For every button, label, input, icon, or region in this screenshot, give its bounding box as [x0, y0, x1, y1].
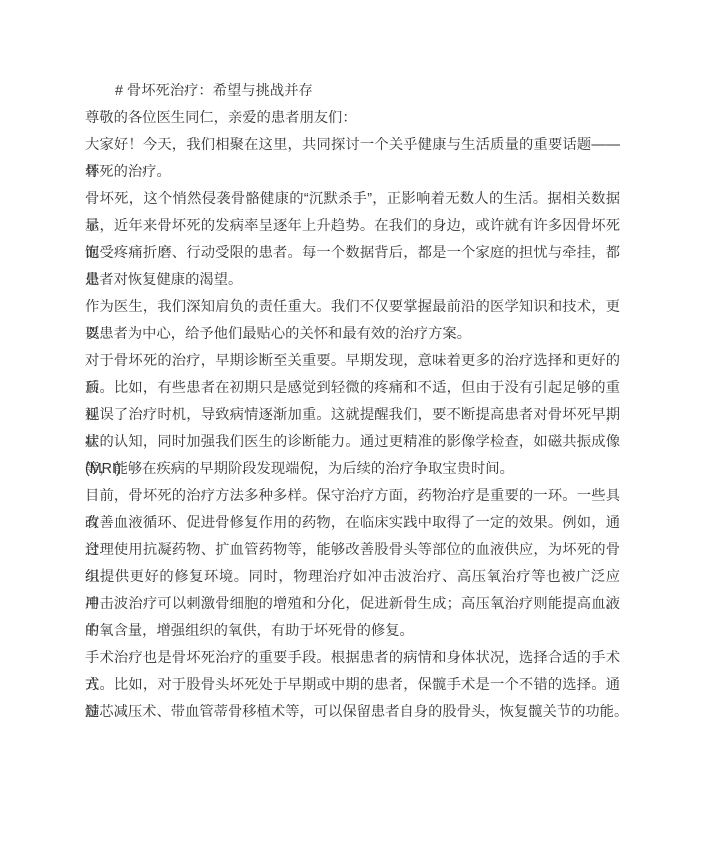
text-line: 对于骨坏死的治疗，早期诊断至关重要。早期发现，意味着更多的治疗选择和更好的预 — [85, 348, 620, 375]
text-line: 髓芯减压术、带血管蒂骨移植术等，可以保留患者自身的股骨头，恢复髋关节的功能。 — [85, 699, 620, 726]
text-line: 饱受疼痛折磨、行动受限的患者。每一个数据背后，都是一个家庭的担忧与牵挂，都是 — [85, 240, 620, 267]
text-line: 延误了治疗时机，导致病情逐渐加重。这就提醒我们，要不断提高患者对骨坏死早期症 — [85, 402, 620, 429]
heading-paragraph: # 骨坏死治疗：希望与挑战并存 — [85, 78, 620, 105]
paragraph: 骨坏死，这个悄然侵袭骨骼健康的“沉默杀手”，正影响着无数人的生活。据相关数据显示… — [85, 186, 620, 294]
text-line: 合理使用抗凝药物、扩血管药物等，能够改善股骨头等部位的血液供应，为坏死的骨组 — [85, 537, 620, 564]
text-line: 目前，骨坏死的治疗方法多种多样。保守治疗方面，药物治疗是重要的一环。一些具有 — [85, 483, 620, 510]
text-line: 以患者为中心，给予他们最贴心的关怀和最有效的治疗方案。 — [85, 321, 620, 348]
text-line: 等，能够在疾病的早期阶段发现端倪，为后续的治疗争取宝贵时间。 — [85, 456, 620, 483]
paragraph: 作为医生，我们深知肩负的责任重大。我们不仅要掌握最前沿的医学知识和技术，更要以患… — [85, 294, 620, 348]
paragraph: 大家好！今天，我们相聚在这里，共同探讨一个关乎健康与生活质量的重要话题——骨坏死… — [85, 132, 620, 186]
text-line: 状的认知，同时加强我们医生的诊断能力。通过更精准的影像学检查，如磁共振成像(MR… — [85, 429, 620, 456]
text-line: 尊敬的各位医生同仁，亲爱的患者朋友们： — [85, 105, 620, 132]
text-line: 作为医生，我们深知肩负的责任重大。我们不仅要掌握最前沿的医学知识和技术，更要 — [85, 294, 620, 321]
text-line: 后。比如，有些患者在初期只是感觉到轻微的疼痛和不适，但由于没有引起足够的重视， — [85, 375, 620, 402]
text-line: 的氧含量，增强组织的氧供，有助于坏死骨的修复。 — [85, 618, 620, 645]
text-line: 大家好！今天，我们相聚在这里，共同探讨一个关乎健康与生活质量的重要话题——骨 — [85, 132, 620, 159]
text-line: 手术治疗也是骨坏死治疗的重要手段。根据患者的病情和身体状况，选择合适的手术方 — [85, 645, 620, 672]
document-text-body: # 骨坏死治疗：希望与挑战并存尊敬的各位医生同仁，亲爱的患者朋友们：大家好！今天… — [85, 78, 620, 726]
text-line: 示，近年来骨坏死的发病率呈逐年上升趋势。在我们的身边，或许就有许多因骨坏死而 — [85, 213, 620, 240]
text-line: 坏死的治疗。 — [85, 159, 620, 186]
heading-line: # 骨坏死治疗：希望与挑战并存 — [85, 78, 620, 105]
paragraph: 对于骨坏死的治疗，早期诊断至关重要。早期发现，意味着更多的治疗选择和更好的预后。… — [85, 348, 620, 483]
text-line: 改善血液循环、促进骨修复作用的药物，在临床实践中取得了一定的效果。例如，通过 — [85, 510, 620, 537]
text-line: 织提供更好的修复环境。同时，物理治疗如冲击波治疗、高压氧治疗等也被广泛应用。 — [85, 564, 620, 591]
text-line: 式。比如，对于股骨头坏死处于早期或中期的患者，保髋手术是一个不错的选择。通过 — [85, 672, 620, 699]
text-line: 患者对恢复健康的渴望。 — [85, 267, 620, 294]
paragraph: 尊敬的各位医生同仁，亲爱的患者朋友们： — [85, 105, 620, 132]
paragraph: 手术治疗也是骨坏死治疗的重要手段。根据患者的病情和身体状况，选择合适的手术方式。… — [85, 645, 620, 726]
document-page: # 骨坏死治疗：希望与挑战并存尊敬的各位医生同仁，亲爱的患者朋友们：大家好！今天… — [0, 0, 708, 841]
text-line: 骨坏死，这个悄然侵袭骨骼健康的“沉默杀手”，正影响着无数人的生活。据相关数据显 — [85, 186, 620, 213]
text-line: 冲击波治疗可以刺激骨细胞的增殖和分化，促进新骨生成；高压氧治疗则能提高血液中 — [85, 591, 620, 618]
paragraph: 目前，骨坏死的治疗方法多种多样。保守治疗方面，药物治疗是重要的一环。一些具有改善… — [85, 483, 620, 645]
